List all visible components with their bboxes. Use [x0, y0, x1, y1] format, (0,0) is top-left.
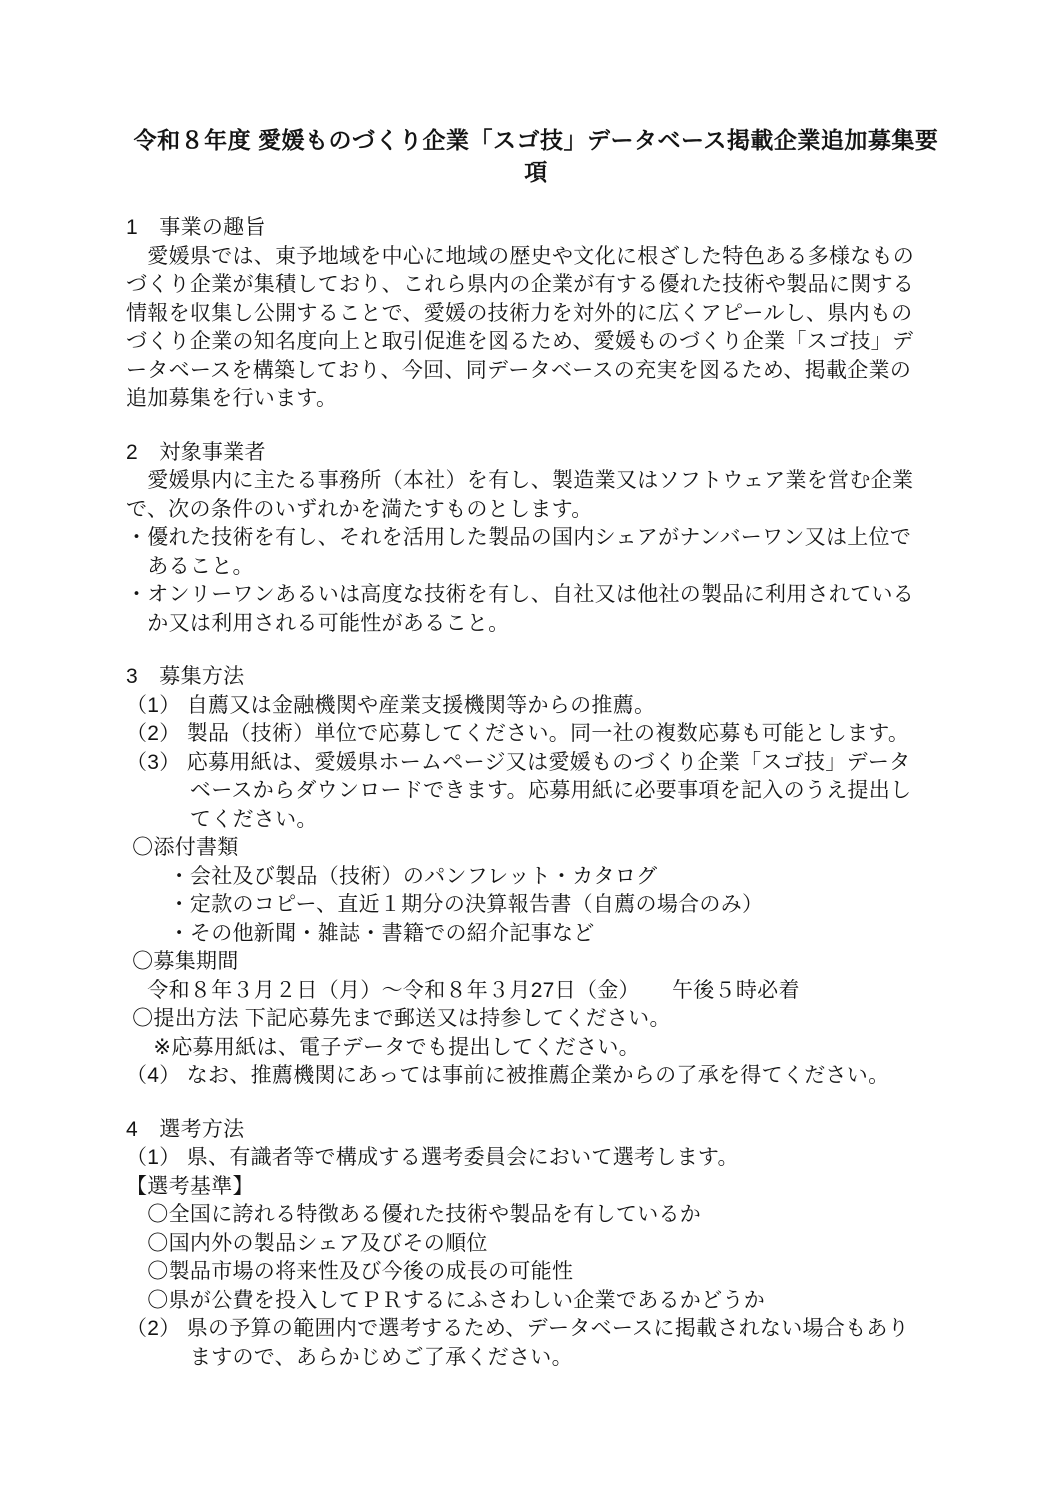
section-eligible-businesses: 2 対象事業者 愛媛県内に主たる事務所（本社）を有し、製造業又はソフトウェア業を…: [126, 439, 946, 639]
doc-line: ータベースを構築しており、今回、同データベースの充実を図るため、掲載企業の: [126, 357, 946, 386]
section-business-purpose: 1 事業の趣旨 愛媛県では、東予地域を中心に地域の歴史や文化に根ざした特色ある多…: [126, 214, 946, 414]
section-body: （1） 自薦又は金融機関や産業支援機関等からの推薦。（2） 製品（技術）単位で応…: [126, 692, 946, 1091]
doc-line: （2） 製品（技術）単位で応募してください。同一社の複数応募も可能とします。: [126, 720, 946, 749]
section-selection-method: 4 選考方法 （1） 県、有識者等で構成する選考委員会において選考します。【選考…: [126, 1116, 946, 1373]
document-page: 令和８年度 愛媛ものづくり企業「スゴ技」データベース掲載企業追加募集要項 1 事…: [0, 0, 1058, 1497]
section-application-method: 3 募集方法 （1） 自薦又は金融機関や産業支援機関等からの推薦。（2） 製品（…: [126, 663, 946, 1091]
document-title: 令和８年度 愛媛ものづくり企業「スゴ技」データベース掲載企業追加募集要項: [126, 124, 946, 188]
doc-line: 愛媛県内に主たる事務所（本社）を有し、製造業又はソフトウェア業を営む企業: [126, 467, 946, 496]
doc-line: 情報を収集し公開することで、愛媛の技術力を対外的に広くアピールし、県内もの: [126, 300, 946, 329]
section-heading: 4 選考方法: [126, 1116, 946, 1145]
doc-line: 〇国内外の製品シェア及びその順位: [126, 1230, 946, 1259]
doc-line: 愛媛県では、東予地域を中心に地域の歴史や文化に根ざした特色ある多様なもの: [126, 243, 946, 272]
section-body: 愛媛県では、東予地域を中心に地域の歴史や文化に根ざした特色ある多様なものづくり企…: [126, 243, 946, 414]
doc-line: 〇製品市場の将来性及び今後の成長の可能性: [126, 1258, 946, 1287]
section-heading: 2 対象事業者: [126, 439, 946, 468]
doc-line: てください。: [126, 806, 946, 835]
doc-line: ますので、あらかじめご了承ください。: [126, 1344, 946, 1373]
doc-line: ※応募用紙は、電子データでも提出してください。: [126, 1034, 946, 1063]
doc-line: 〇添付書類: [126, 834, 946, 863]
doc-line: （3） 応募用紙は、愛媛県ホームページ又は愛媛ものづくり企業「スゴ技」データ: [126, 749, 946, 778]
doc-line: 令和８年３月２日（月）～令和８年３月27日（金） 午後５時必着: [126, 977, 946, 1006]
doc-line: 〇全国に誇れる特徴ある優れた技術や製品を有しているか: [126, 1201, 946, 1230]
section-body: （1） 県、有識者等で構成する選考委員会において選考します。【選考基準】 〇全国…: [126, 1144, 946, 1372]
section-heading: 1 事業の趣旨: [126, 214, 946, 243]
doc-line: づくり企業の知名度向上と取引促進を図るため、愛媛ものづくり企業「スゴ技」デ: [126, 328, 946, 357]
doc-line: ・会社及び製品（技術）のパンフレット・カタログ: [126, 863, 946, 892]
section-body: 愛媛県内に主たる事務所（本社）を有し、製造業又はソフトウェア業を営む企業で、次の…: [126, 467, 946, 638]
doc-line: ベースからダウンロードできます。応募用紙に必要事項を記入のうえ提出し: [126, 777, 946, 806]
doc-line: （1） 自薦又は金融機関や産業支援機関等からの推薦。: [126, 692, 946, 721]
doc-line: ・その他新聞・雑誌・書籍での紹介記事など: [126, 920, 946, 949]
doc-line: 追加募集を行います。: [126, 385, 946, 414]
doc-line: ・オンリーワンあるいは高度な技術を有し、自社又は他社の製品に利用されている: [126, 581, 946, 610]
doc-line: 〇募集期間: [126, 948, 946, 977]
doc-line: ・優れた技術を有し、それを活用した製品の国内シェアがナンバーワン又は上位で: [126, 524, 946, 553]
doc-line: か又は利用される可能性があること。: [126, 610, 946, 639]
doc-line: づくり企業が集積しており、これら県内の企業が有する優れた技術や製品に関する: [126, 271, 946, 300]
doc-line: で、次の条件のいずれかを満たすものとします。: [126, 496, 946, 525]
doc-line: （4） なお、推薦機関にあっては事前に被推薦企業からの了承を得てください。: [126, 1062, 946, 1091]
doc-line: あること。: [126, 553, 946, 582]
doc-line: （2） 県の予算の範囲内で選考するため、データベースに掲載されない場合もあり: [126, 1315, 946, 1344]
doc-line: 【選考基準】: [126, 1173, 946, 1202]
section-heading: 3 募集方法: [126, 663, 946, 692]
doc-line: ・定款のコピー、直近１期分の決算報告書（自薦の場合のみ）: [126, 891, 946, 920]
doc-line: （1） 県、有識者等で構成する選考委員会において選考します。: [126, 1144, 946, 1173]
doc-line: 〇提出方法 下記応募先まで郵送又は持参してください。: [126, 1005, 946, 1034]
doc-line: 〇県が公費を投入してＰＲするにふさわしい企業であるかどうか: [126, 1287, 946, 1316]
